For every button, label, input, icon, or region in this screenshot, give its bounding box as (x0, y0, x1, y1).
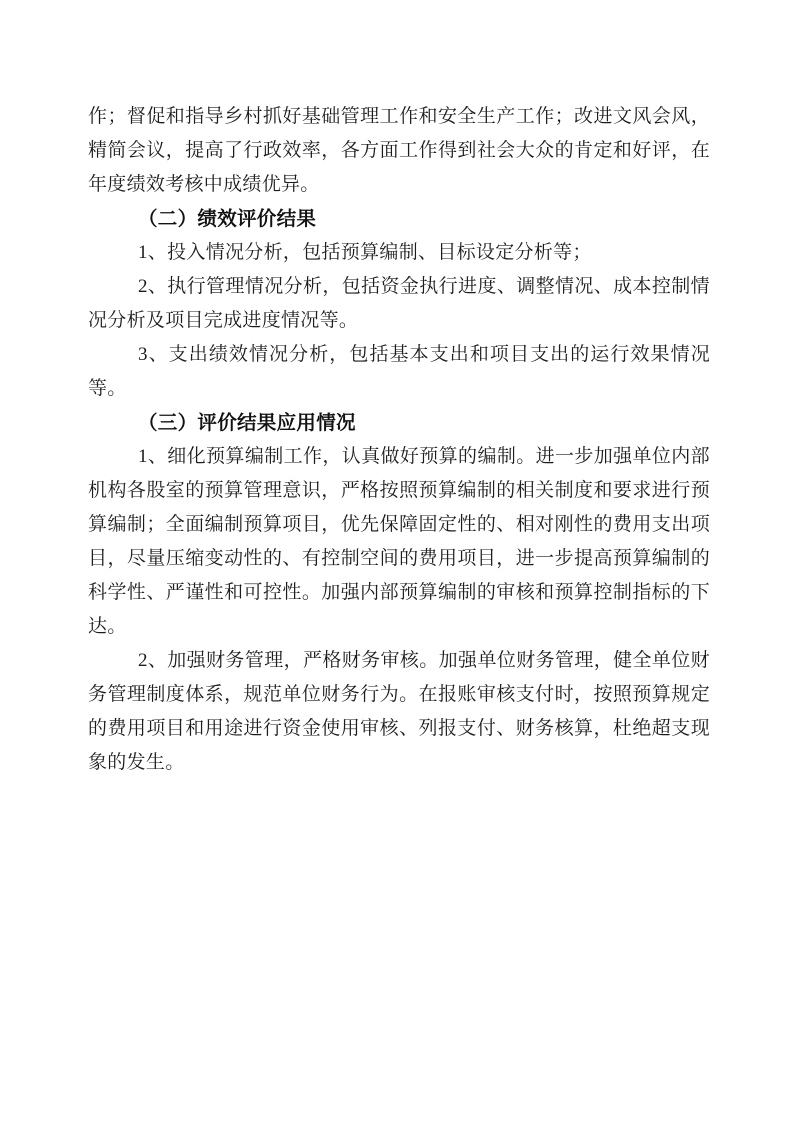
text-line: 务管理制度体系，规范单位财务行为。在报账审核支付时，按照预算规定 (88, 678, 710, 712)
paragraph-list-item-3: 3、支出绩效情况分析，包括基本支出和项目支出的运行效果情况 等。 (88, 338, 710, 406)
document-page: 作；督促和指导乡村抓好基础管理工作和安全生产工作；改进文风会风， 精简会议，提高… (0, 0, 793, 1122)
text-line: 目，尽量压缩变动性的、有控制空间的费用项目，进一步提高预算编制的 (88, 542, 710, 576)
paragraph-budget-preparation: 1、细化预算编制工作，认真做好预算的编制。进一步加强单位内部 机构各股室的预算管… (88, 440, 710, 644)
document-content: 作；督促和指导乡村抓好基础管理工作和安全生产工作；改进文风会风， 精简会议，提高… (88, 100, 710, 780)
paragraph-list-item-2: 2、执行管理情况分析，包括资金执行进度、调整情况、成本控制情 况分析及项目完成进… (88, 270, 710, 338)
text-line: 等。 (88, 372, 710, 406)
text-line: 科学性、严谨性和可控性。加强内部预算编制的审核和预算控制指标的下 (88, 576, 710, 610)
text-line: 3、支出绩效情况分析，包括基本支出和项目支出的运行效果情况 (88, 338, 710, 372)
paragraph-financial-management: 2、加强财务管理，严格财务审核。加强单位财务管理，健全单位财 务管理制度体系，规… (88, 644, 710, 780)
text-line: 精简会议，提高了行政效率，各方面工作得到社会大众的肯定和好评，在 (88, 134, 710, 168)
text-line: 的费用项目和用途进行资金使用审核、列报支付、财务核算，杜绝超支现 (88, 712, 710, 746)
text-line: 象的发生。 (88, 746, 710, 780)
text-line: 年度绩效考核中成绩优异。 (88, 168, 710, 202)
text-line: 机构各股室的预算管理意识，严格按照预算编制的相关制度和要求进行预 (88, 474, 710, 508)
text-line: 2、加强财务管理，严格财务审核。加强单位财务管理，健全单位财 (88, 644, 710, 678)
text-line: 1、细化预算编制工作，认真做好预算的编制。进一步加强单位内部 (88, 440, 710, 474)
text-line: 作；督促和指导乡村抓好基础管理工作和安全生产工作；改进文风会风， (88, 100, 710, 134)
text-line: 2、执行管理情况分析，包括资金执行进度、调整情况、成本控制情 (88, 270, 710, 304)
section-heading-evaluation-result-application: （三）评价结果应用情况 (88, 406, 710, 440)
paragraph-continuation: 作；督促和指导乡村抓好基础管理工作和安全生产工作；改进文风会风， 精简会议，提高… (88, 100, 710, 202)
section-heading-performance-evaluation-results: （二）绩效评价结果 (88, 202, 710, 236)
text-line: 1、投入情况分析，包括预算编制、目标设定分析等； (88, 236, 710, 270)
text-line: 算编制；全面编制预算项目，优先保障固定性的、相对刚性的费用支出项 (88, 508, 710, 542)
paragraph-list-item-1: 1、投入情况分析，包括预算编制、目标设定分析等； (88, 236, 710, 270)
text-line: 况分析及项目完成进度情况等。 (88, 304, 710, 338)
text-line: 达。 (88, 610, 710, 644)
